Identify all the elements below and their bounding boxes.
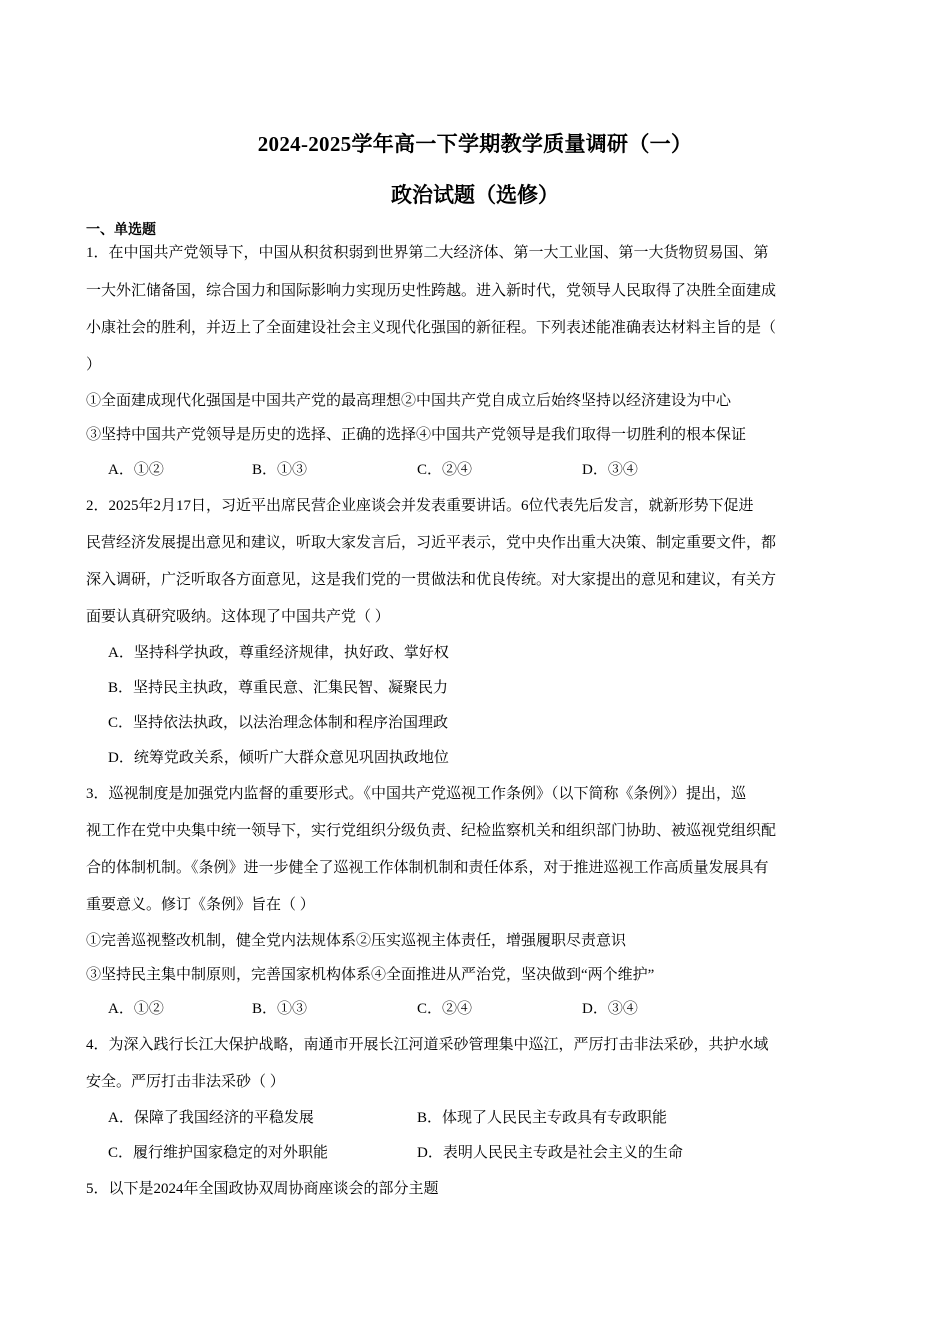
statement-line: ③坚持中国共产党领导是历史的选择、正确的选择④中国共产党领导是我们取得一切胜利的… <box>86 425 866 445</box>
option-a: A．①② <box>108 999 164 1019</box>
statement-line: ①全面建成现代化强国是中国共产党的最高理想②中国共产党自成立后始终坚持以经济建设… <box>86 391 866 411</box>
option-d: D．③④ <box>582 460 638 480</box>
question-text-line: ） <box>86 355 866 375</box>
question-text-line: 重要意义。修订《条例》旨在（ ） <box>86 895 866 915</box>
question-text-line: 面要认真研究吸纳。这体现了中国共产党（ ） <box>86 607 866 627</box>
option-b: B．坚持民主执政，尊重民意、汇集民智、凝聚民力 <box>108 678 448 698</box>
option-a: A．①② <box>108 460 164 480</box>
option-b: B．体现了人民民主专政具有专政职能 <box>417 1108 667 1128</box>
question-text-line: 小康社会的胜利，并迈上了全面建设社会主义现代化强国的新征程。下列表述能准确表达材… <box>86 318 866 338</box>
option-c: C．履行维护国家稳定的对外职能 <box>108 1143 328 1163</box>
option-b: B．①③ <box>252 460 307 480</box>
option-c: C．②④ <box>417 999 472 1019</box>
option-c: C．坚持依法执政，以法治理念体制和程序治国理政 <box>108 713 448 733</box>
option-a: A．坚持科学执政，尊重经济规律，执好政、掌好权 <box>108 643 449 663</box>
statement-line: ①完善巡视整改机制，健全党内法规体系②压实巡视主体责任，增强履职尽责意识 <box>86 931 866 951</box>
option-d: D．表明人民民主专政是社会主义的生命 <box>417 1143 683 1163</box>
option-a: A．保障了我国经济的平稳发展 <box>108 1108 314 1128</box>
question-text-line: 深入调研，广泛听取各方面意见，这是我们党的一贯做法和优良传统。对大家提出的意见和… <box>86 570 866 590</box>
option-d: D．③④ <box>582 999 638 1019</box>
question-text-line: 4．为深入践行长江大保护战略，南通市开展长江河道采砂管理集中巡江，严厉打击非法采… <box>86 1035 866 1055</box>
statement-line: ③坚持民主集中制原则，完善国家机构体系④全面推进从严治党，坚决做到“两个维护” <box>86 965 866 985</box>
option-b: B．①③ <box>252 999 307 1019</box>
question-text-line: 民营经济发展提出意见和建议，听取大家发言后，习近平表示，党中央作出重大决策、制定… <box>86 533 866 553</box>
exam-subtitle: 政治试题（选修） <box>0 179 950 209</box>
section-heading: 一、单选题 <box>86 219 156 239</box>
question-text-line: 一大外汇储备国，综合国力和国际影响力实现历史性跨越。进入新时代，党领导人民取得了… <box>86 281 866 301</box>
question-text-line: 合的体制机制。《条例》进一步健全了巡视工作体制机制和责任体系，对于推进巡视工作高… <box>86 858 866 878</box>
question-text-line: 1．在中国共产党领导下，中国从积贫积弱到世界第二大经济体、第一大工业国、第一大货… <box>86 243 866 263</box>
exam-title: 2024-2025学年高一下学期教学质量调研（一） <box>0 128 950 158</box>
question-text-line: 2．2025年2月17日，习近平出席民营企业座谈会并发表重要讲话。6位代表先后发… <box>86 496 866 516</box>
question-text-line: 3．巡视制度是加强党内监督的重要形式。《中国共产党巡视工作条例》（以下简称《条例… <box>86 784 866 804</box>
option-d: D．统筹党政关系，倾听广大群众意见巩固执政地位 <box>108 748 449 768</box>
question-text-line: 5．以下是2024年全国政协双周协商座谈会的部分主题 <box>86 1179 866 1199</box>
question-text-line: 视工作在党中央集中统一领导下，实行党组织分级负责、纪检监察机关和组织部门协助、被… <box>86 821 866 841</box>
option-c: C．②④ <box>417 460 472 480</box>
question-text-line: 安全。严厉打击非法采砂（ ） <box>86 1072 866 1092</box>
